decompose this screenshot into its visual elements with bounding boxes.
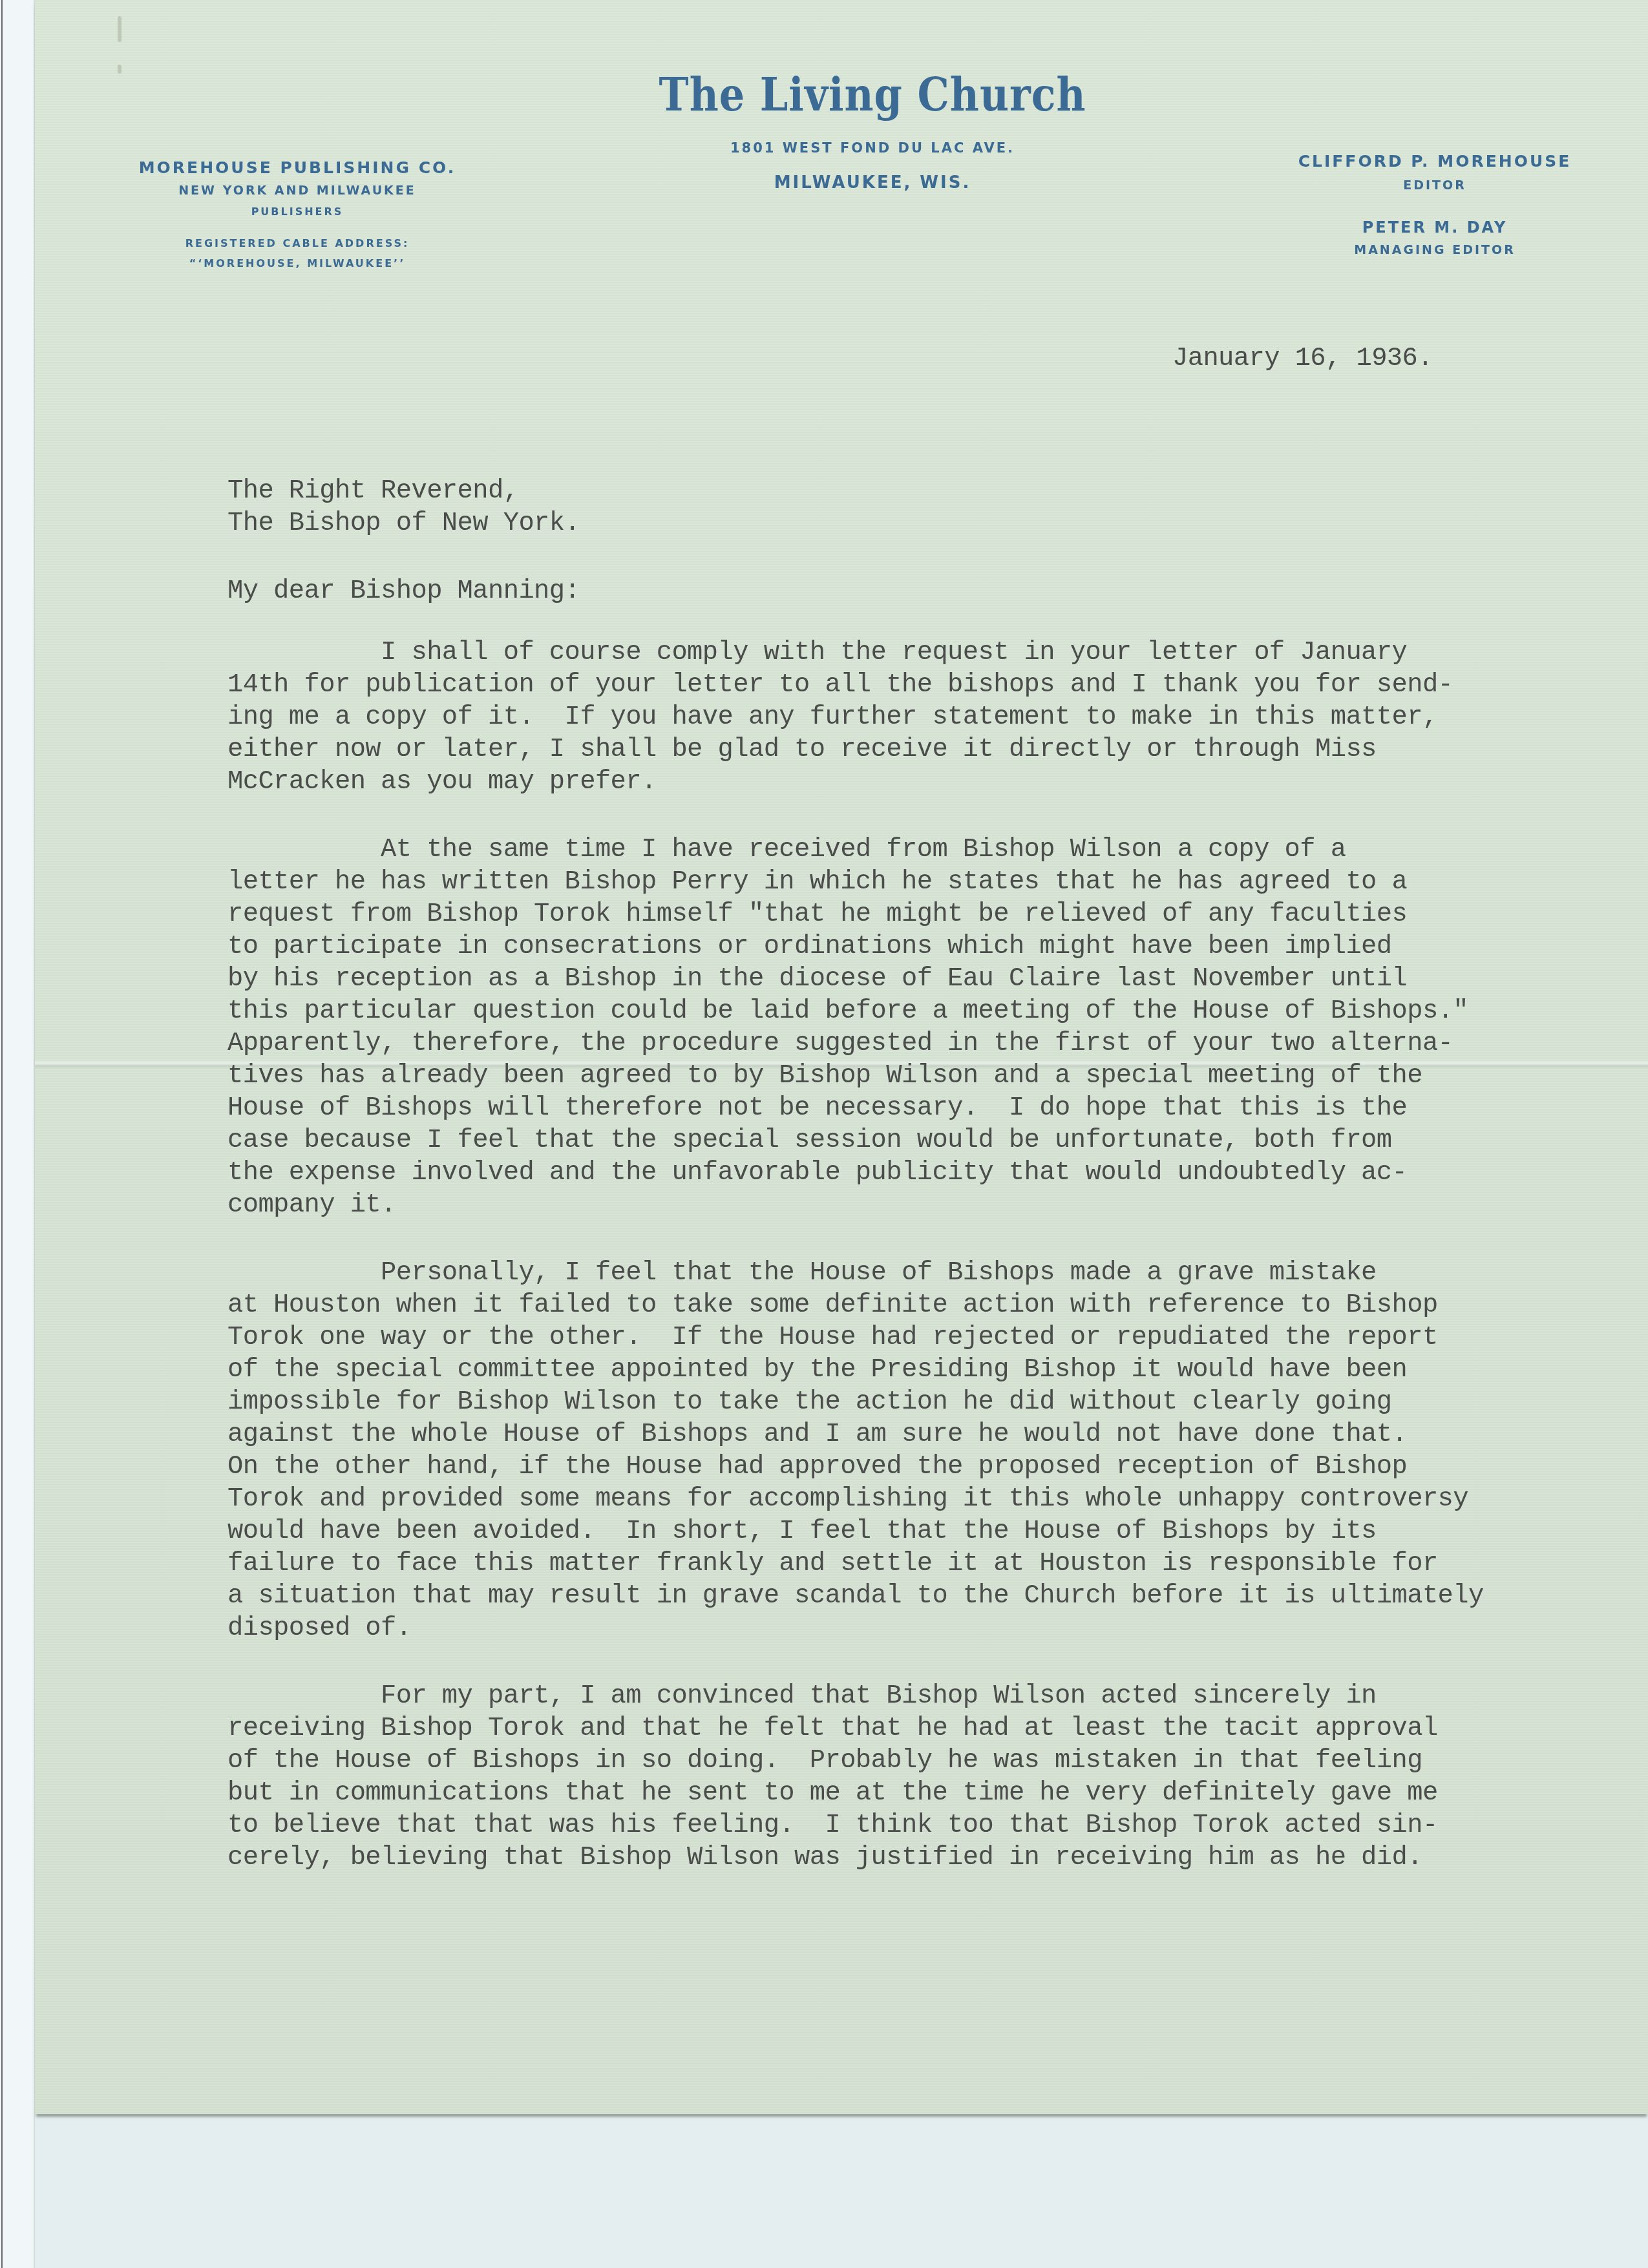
staple-mark-icon xyxy=(118,65,121,74)
text-line: cerely, believing that Bishop Wilson was… xyxy=(227,1842,1438,1874)
text-line: against the whole House of Bishops and I… xyxy=(227,1418,1484,1451)
text-line: tives has already been agreed to by Bish… xyxy=(227,1060,1468,1092)
addressee-line: The Right Reverend, xyxy=(227,475,580,507)
text-line: by his reception as a Bishop in the dioc… xyxy=(227,963,1468,995)
text-line: McCracken as you may prefer. xyxy=(227,766,1453,798)
masthead-title: The Living Church xyxy=(646,68,1099,122)
salutation: My dear Bishop Manning: xyxy=(227,575,580,607)
editor-name: CLIFFORD P. MOREHOUSE xyxy=(1286,152,1583,171)
text-line: to believe that that was his feeling. I … xyxy=(227,1809,1438,1842)
text-line: of the House of Bishops in so doing. Pro… xyxy=(227,1745,1438,1777)
text-line: House of Bishops will therefore not be n… xyxy=(227,1092,1468,1124)
cable-address-label: REGISTERED CABLE ADDRESS: xyxy=(110,237,485,249)
text-line: failure to face this matter frankly and … xyxy=(227,1548,1484,1580)
addressee-line: The Bishop of New York. xyxy=(227,507,580,540)
scanner-bed-margin xyxy=(0,0,35,2268)
text-line: but in communications that he sent to me… xyxy=(227,1777,1438,1809)
text-line: this particular question could be laid b… xyxy=(227,995,1468,1027)
letter-date: January 16, 1936. xyxy=(1172,342,1433,375)
text-line: At the same time I have received from Bi… xyxy=(227,834,1468,866)
editors-block: CLIFFORD P. MOREHOUSE EDITOR PETER M. DA… xyxy=(1286,152,1583,257)
text-line: Personally, I feel that the House of Bis… xyxy=(227,1257,1484,1289)
city-address: MILWAUKEE, WIS. xyxy=(646,173,1099,193)
text-line: receiving Bishop Torok and that he felt … xyxy=(227,1712,1438,1745)
text-line: Torok and provided some means for accomp… xyxy=(227,1483,1484,1515)
addressee-block: The Right Reverend,The Bishop of New Yor… xyxy=(227,475,580,540)
text-line: of the special committee appointed by th… xyxy=(227,1354,1484,1386)
text-line: ing me a copy of it. If you have any fur… xyxy=(227,701,1453,733)
text-line: case because I feel that the special ses… xyxy=(227,1124,1468,1157)
text-line: the expense involved and the unfavorable… xyxy=(227,1157,1468,1189)
paragraph-4: For my part, I am convinced that Bishop … xyxy=(227,1680,1438,1874)
editor-title: EDITOR xyxy=(1286,178,1583,193)
text-line: company it. xyxy=(227,1189,1468,1221)
text-line: letter he has written Bishop Perry in wh… xyxy=(227,866,1468,898)
text-line: would have been avoided. In short, I fee… xyxy=(227,1515,1484,1548)
text-line: to participate in consecrations or ordin… xyxy=(227,930,1468,963)
text-line: disposed of. xyxy=(227,1612,1484,1644)
text-line: Apparently, therefore, the procedure sug… xyxy=(227,1027,1468,1060)
text-line: request from Bishop Torok himself "that … xyxy=(227,898,1468,930)
text-line: I shall of course comply with the reques… xyxy=(227,636,1453,669)
text-line: For my part, I am convinced that Bishop … xyxy=(227,1680,1438,1712)
staple-mark-icon xyxy=(118,16,121,42)
text-line: either now or later, I shall be glad to … xyxy=(227,733,1453,766)
text-line: Torok one way or the other. If the House… xyxy=(227,1321,1484,1354)
text-line: at Houston when it failed to take some d… xyxy=(227,1289,1484,1321)
publisher-role: PUBLISHERS xyxy=(110,205,485,218)
managing-editor-name: PETER M. DAY xyxy=(1286,218,1583,236)
text-line: a situation that may result in grave sca… xyxy=(227,1580,1484,1612)
publisher-cities: NEW YORK AND MILWAUKEE xyxy=(110,184,485,198)
managing-editor-title: MANAGING EDITOR xyxy=(1286,243,1583,257)
text-line: 14th for publication of your letter to a… xyxy=(227,669,1453,701)
scanner-edge-line xyxy=(1,0,3,2268)
text-line: impossible for Bishop Wilson to take the… xyxy=(227,1386,1484,1418)
publisher-block: MOREHOUSE PUBLISHING CO. NEW YORK AND MI… xyxy=(110,158,485,269)
cable-address: “‘MOREHOUSE, MILWAUKEE’’ xyxy=(110,257,485,269)
publisher-name: MOREHOUSE PUBLISHING CO. xyxy=(110,158,485,177)
paragraph-2: At the same time I have received from Bi… xyxy=(227,834,1468,1221)
text-line: On the other hand, if the House had appr… xyxy=(227,1451,1484,1483)
street-address: 1801 WEST FOND DU LAC AVE. xyxy=(646,140,1099,156)
paragraph-1: I shall of course comply with the reques… xyxy=(227,636,1453,798)
paragraph-3: Personally, I feel that the House of Bis… xyxy=(227,1257,1484,1644)
